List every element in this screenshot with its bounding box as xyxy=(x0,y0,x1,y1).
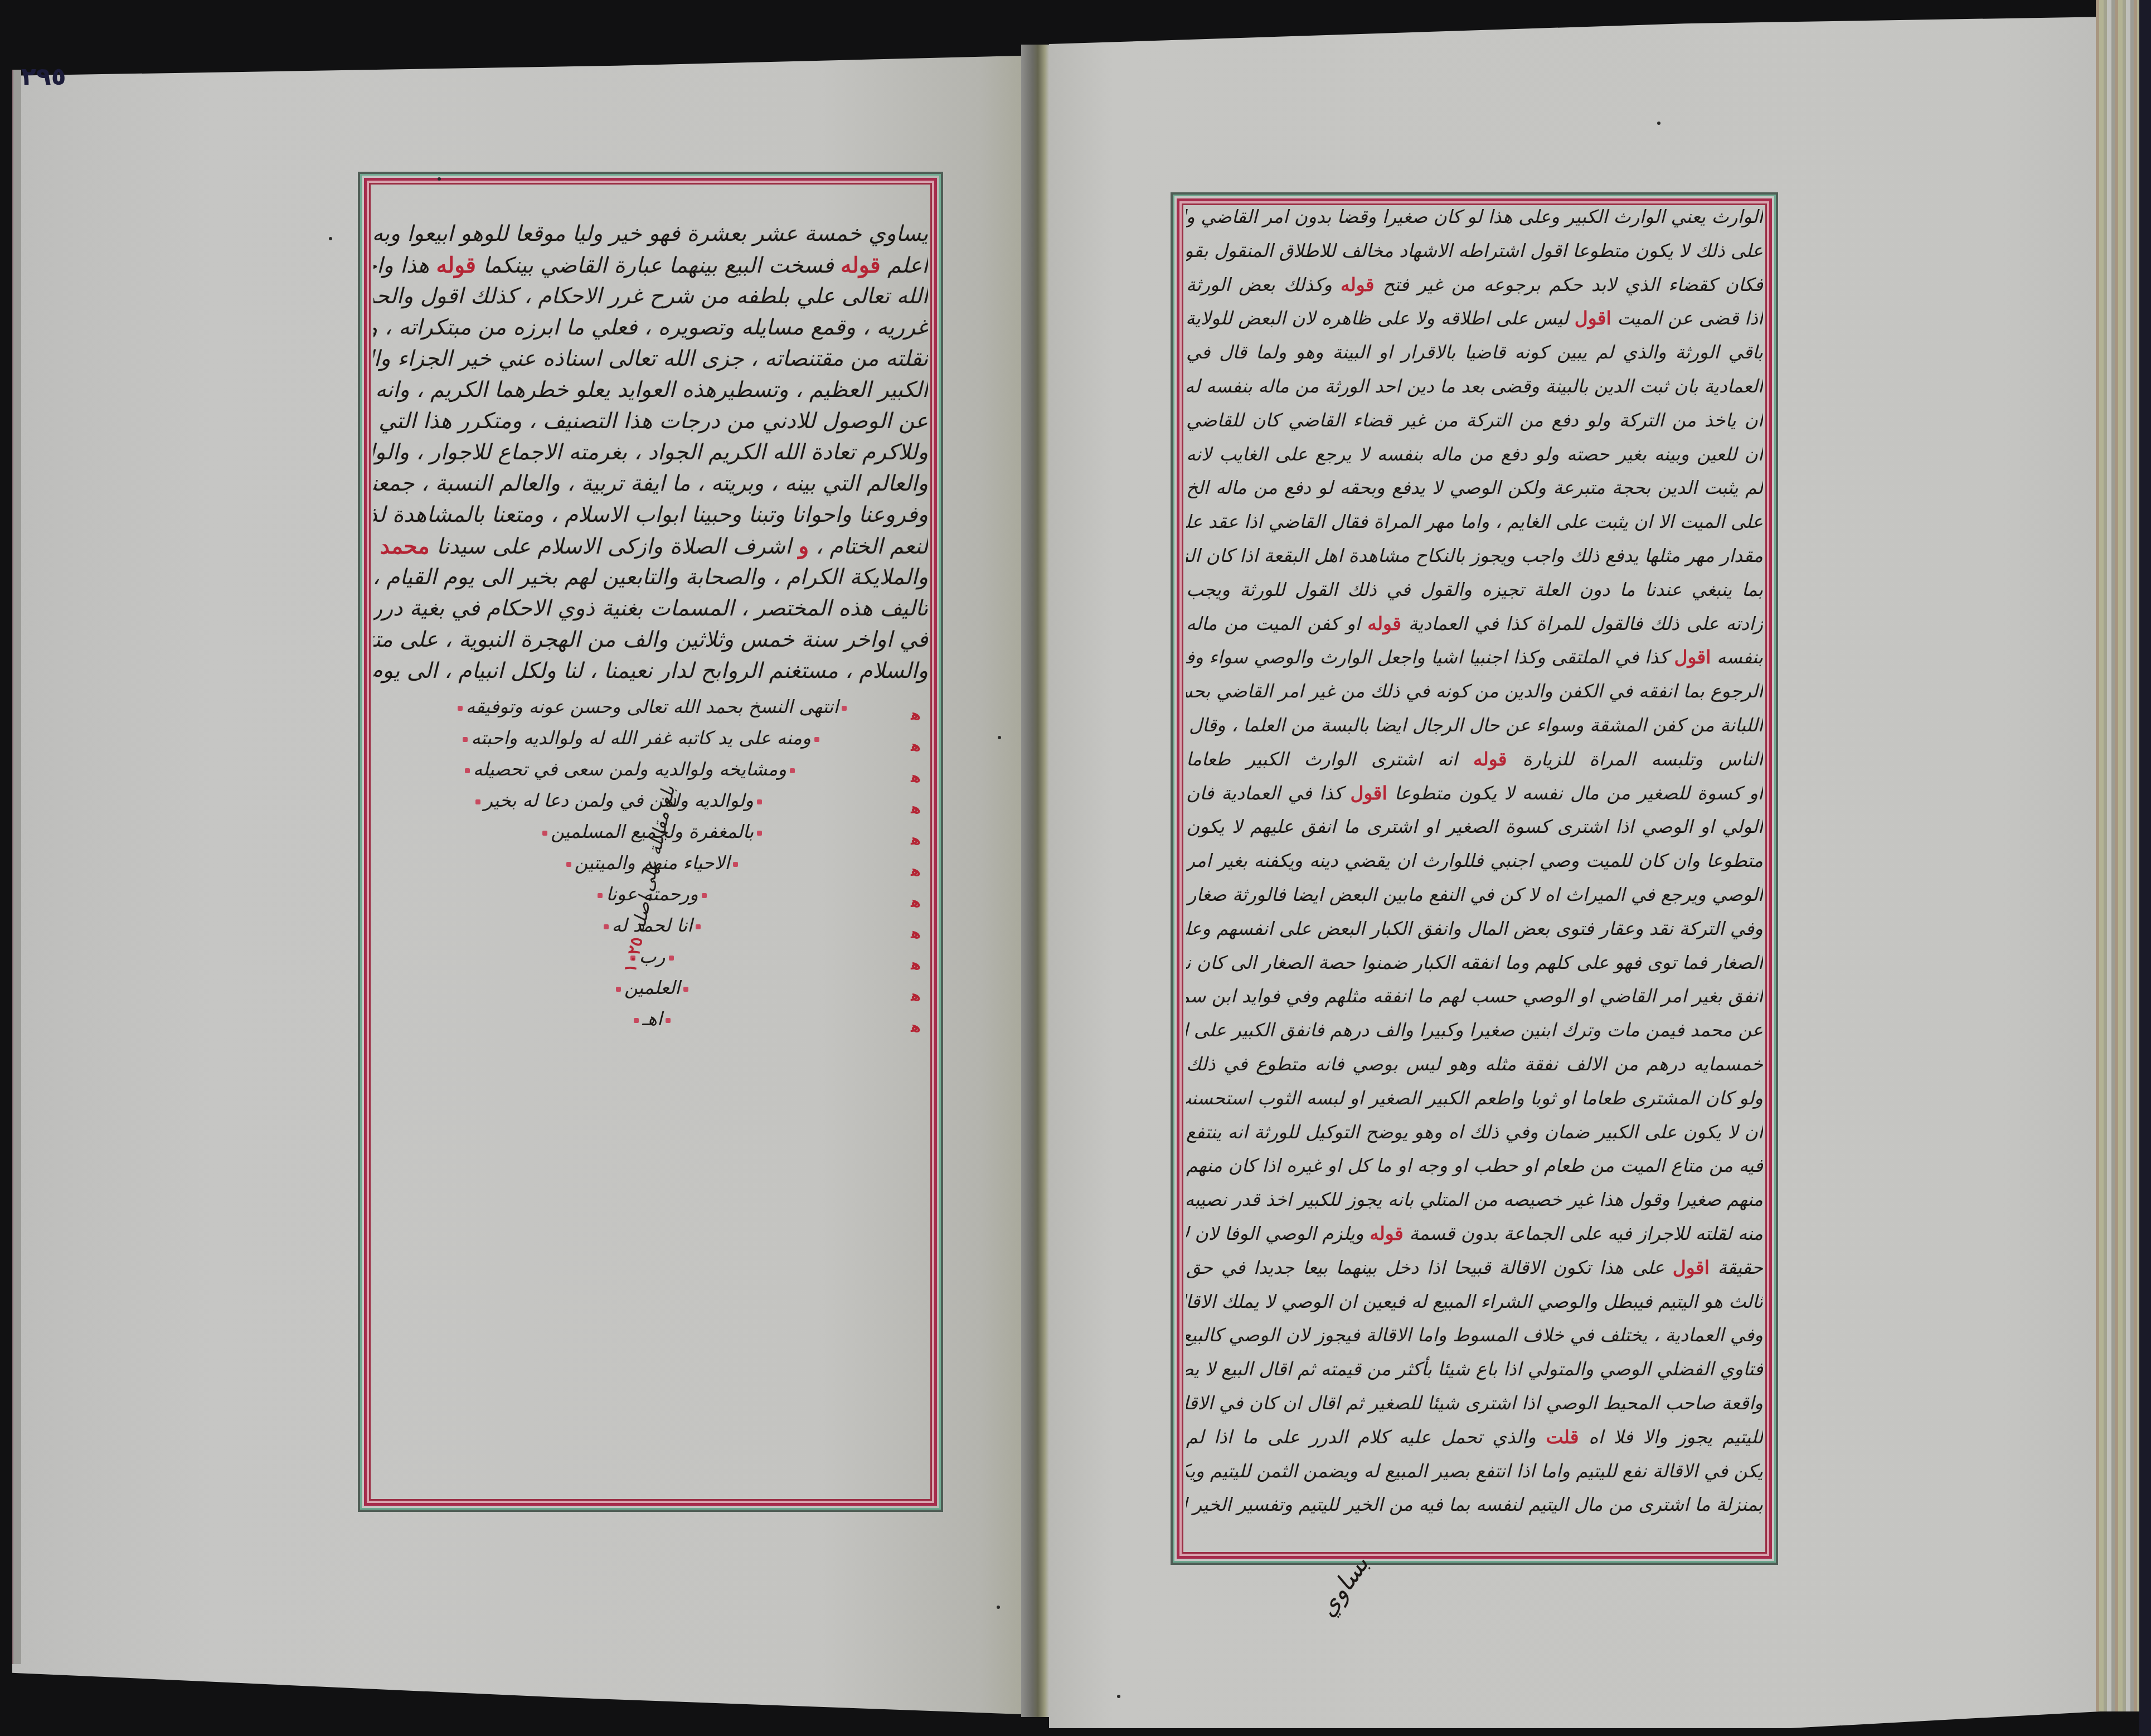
line-text: الوارث يعني الوارث الكبير وعلى هذا لو كا… xyxy=(1186,206,1763,227)
line-text: واقعة صاحب المحيط الوصي اذا اشترى شيئا ل… xyxy=(1186,1392,1763,1414)
line-text: ان للعين وبينه بغير حصته ولو دفع من ماله… xyxy=(1186,443,1763,465)
rubric-word: قوله xyxy=(436,253,476,278)
colophon-text: انتهى النسخ بحمد الله تعالى وحسن عونه وت… xyxy=(466,696,839,717)
ink-speck xyxy=(998,736,1001,739)
line-text: ليس على اطلاقه ولا على ظاهره لان البعض ل… xyxy=(1186,307,1569,329)
colophon-line: انتهى النسخ بحمد الله تعالى وحسن عونه وت… xyxy=(424,691,881,722)
rubric-word: قوله xyxy=(841,253,881,278)
line-text: عن محمد فيمن مات وترك ابنين صغيرا وكبيرا… xyxy=(1186,1019,1763,1041)
ink-speck xyxy=(329,237,332,240)
line-text: متطوعا وان كان للميت وصي اجنبي فللوارث ا… xyxy=(1186,850,1763,871)
rubric-word: قوله xyxy=(1341,274,1375,295)
line-text: او كسوة للصغير من مال نفسه لا يكون متطوع… xyxy=(1395,782,1763,804)
rubric-dot xyxy=(634,1018,639,1023)
rubric-word: قوله xyxy=(1473,748,1507,770)
text-line: منهم صغيرا وقول هذا غير خصيصه من المتلي … xyxy=(1186,1184,1763,1215)
line-text: غرريه ، وقمع مسايله وتصويره ، فعلي ما اب… xyxy=(373,315,928,340)
text-line: الولي او الوصي اذا اشترى كسوة الصغير او … xyxy=(1186,811,1763,842)
line-text: فسخت البيع بينهما عبارة القاضي بينكما xyxy=(483,253,833,278)
text-line: متطوعا وان كان للميت وصي اجنبي فللوارث ا… xyxy=(1186,845,1763,876)
margin-mark: ﻫ xyxy=(907,825,924,856)
line-text: هذا واخر ما اسن xyxy=(373,253,429,278)
text-line: على ذلك لا يكون متطوعا اقول اشتراطه الاش… xyxy=(1186,235,1763,266)
text-line: خمسمايه درهم من الالف نفقة مثله وهو ليس … xyxy=(1186,1048,1763,1080)
margin-marks: ﻫﻫﻫﻫﻫﻫﻫﻫﻫﻫﻫ xyxy=(907,700,924,1043)
line-text: على الميت الا ان يثبت على الغايم ، واما … xyxy=(1186,511,1763,532)
rubric-dot xyxy=(465,768,470,773)
text-line: حقيقة اقول على هذا تكون الاقالة قبيحا اذ… xyxy=(1186,1252,1763,1283)
line-text: لنعم الختام ، xyxy=(816,534,929,559)
rubric-dot xyxy=(757,799,762,804)
rubric-dot xyxy=(458,706,463,711)
line-text: ان لا يكون على الكبير ضمان وفي ذلك اه وه… xyxy=(1186,1121,1763,1143)
text-line: او كسوة للصغير من مال نفسه لا يكون متطوع… xyxy=(1186,777,1763,809)
rubric-word: قوله xyxy=(1367,613,1401,634)
rubric-word: قلت xyxy=(1546,1426,1579,1448)
colophon-line: ومشايخه ولوالديه ولمن سعى في تحصيله xyxy=(424,754,881,785)
text-line: فكان كقضاء الذي لابد حكم برجوعه من غير ف… xyxy=(1186,269,1763,300)
line-text: الصغار فما توى فهو على كلهم وما انفقه ال… xyxy=(1186,952,1763,973)
line-text: تاليف هذه المختصر ، المسمات بغنية ذوي ال… xyxy=(373,596,928,621)
text-line: فتاوي الفضلي الوصي والمتولي اذا باع شيئا… xyxy=(1186,1353,1763,1385)
line-text: الكبير العظيم ، وتسطيرهذه العوايد يعلو خ… xyxy=(373,377,928,403)
text-line: ثالث هو اليتيم فيبطل والوصي الشراء المبي… xyxy=(1186,1286,1763,1317)
line-text: بمنزلة ما اشترى من مال اليتيم لنفسه بما … xyxy=(1186,1493,1763,1515)
line-text: في اواخر سنة خمس وثلاثين والف من الهجرة … xyxy=(373,627,928,652)
rubric-dot xyxy=(463,737,468,742)
rubric-dot xyxy=(790,768,795,773)
text-line: عن محمد فيمن مات وترك ابنين صغيرا وكبيرا… xyxy=(1186,1014,1763,1046)
line-text: وفي العمادية ، يختلف في خلاف المسوط واما… xyxy=(1186,1324,1763,1346)
line-text: الولي او الوصي اذا اشترى كسوة الصغير او … xyxy=(1186,816,1763,837)
colophon-line: اهـ xyxy=(424,1003,881,1035)
line-text: وفي التركة نقد وعقار فتوى بعض المال وانف… xyxy=(1186,918,1763,939)
line-text: فكان كقضاء الذي لابد حكم برجوعه من غير ف… xyxy=(1383,274,1763,295)
rubric-dot xyxy=(598,893,603,898)
rubric-dot xyxy=(683,987,688,992)
margin-mark: ﻫ xyxy=(907,731,924,762)
rubric-word: محمد xyxy=(380,534,430,559)
line-text: ان ياخذ من التركة ولو دفع من التركة من غ… xyxy=(1186,409,1763,431)
text-line: ولو كان المشترى طعاما او ثوبا واطعم الكب… xyxy=(1186,1082,1763,1114)
line-text: اشرف الصلاة وازكى الاسلام على سيدنا xyxy=(436,534,792,559)
line-text: ثالث هو اليتيم فيبطل والوصي الشراء المبي… xyxy=(1186,1291,1763,1312)
text-line: والسلام ، مستغنم الروابح لدار نعيمنا ، ل… xyxy=(373,652,928,691)
text-line: بمنزلة ما اشترى من مال اليتيم لنفسه بما … xyxy=(1186,1488,1763,1520)
line-text: وكذلك بعض الورثة xyxy=(1186,274,1332,295)
rubric-dot xyxy=(566,862,571,867)
line-text: كذا في العمادية فان xyxy=(1186,782,1343,804)
text-line: لم يثبت الدين بحجة متبرعة ولكن الوصي لا … xyxy=(1186,472,1763,503)
rubric-dot xyxy=(604,924,609,929)
rubric-dot xyxy=(757,831,762,836)
rubric-dot xyxy=(696,924,701,929)
rubric-word: قوله xyxy=(1370,1223,1404,1244)
line-text: فيه من متاع الميت من طعام او حطب او وجه … xyxy=(1186,1155,1763,1176)
line-text: زادته على ذلك فالقول للمراة كذا في العما… xyxy=(1409,613,1763,634)
line-text: او كفن الميت من ماله xyxy=(1186,613,1361,634)
rubric-word: اقول xyxy=(1673,1257,1710,1278)
text-line: الصغار فما توى فهو على كلهم وما انفقه ال… xyxy=(1186,947,1763,978)
line-text: الوصي ويرجع في الميراث اه لا كن في النفع… xyxy=(1186,884,1763,905)
text-line: بما ينبغي عندنا ما دون العلة تجيزه والقو… xyxy=(1186,574,1763,605)
line-text: والسلام ، مستغنم الروابح لدار نعيمنا ، ل… xyxy=(373,658,928,683)
rubric-dot xyxy=(842,706,847,711)
colophon-text: العلمين xyxy=(624,977,680,998)
rubric-dot xyxy=(475,799,480,804)
text-line: فيه من متاع الميت من طعام او حطب او وجه … xyxy=(1186,1150,1763,1181)
rubric-dot xyxy=(702,893,707,898)
margin-mark: ﻫ xyxy=(907,1012,924,1043)
text-line: يكن في الاقالة نفع لليتيم واما اذا انتفع… xyxy=(1186,1455,1763,1487)
line-text: والملايكة الكرام ، والصحابة والتابعين له… xyxy=(373,565,928,590)
line-text: باقي الورثة والذي لم يبين كونه قاضيا بال… xyxy=(1186,341,1763,363)
text-line: بنفسه اقول كذا في الملتقى وكذا اجنبيا اش… xyxy=(1186,641,1763,673)
margin-mark: ﻫ xyxy=(907,793,924,825)
ink-speck xyxy=(1117,1695,1120,1698)
margin-mark: ﻫ xyxy=(907,949,924,981)
margin-mark: ﻫ xyxy=(907,887,924,918)
text-line: الوصي ويرجع في الميراث اه لا كن في النفع… xyxy=(1186,879,1763,910)
line-text: الرجوع بما انفقه في الكفن والدين من كونه… xyxy=(1186,680,1763,702)
line-text: وللاكرم تعادة الله الكريم الجواد ، بغرمت… xyxy=(373,440,928,465)
margin-mark: ﻫ xyxy=(907,700,924,731)
page-stack-edge xyxy=(2096,0,2140,1711)
colophon-line: رب xyxy=(424,941,881,972)
line-text: خمسمايه درهم من الالف نفقة مثله وهو ليس … xyxy=(1186,1053,1763,1075)
ink-speck xyxy=(997,1606,1000,1609)
line-text: يساوي خمسة عشر بعشرة فهو خير وليا موقعا … xyxy=(373,221,928,246)
line-text: اللبانة من كفن المشقة وسواء عن حال الرجا… xyxy=(1186,714,1763,736)
line-text: والذي تحمل عليه كلام الدرر على ما اذا لم xyxy=(1186,1426,1536,1448)
text-line: لليتيم يجوز والا فلا اه قلت والذي تحمل ع… xyxy=(1186,1421,1763,1453)
book-gutter xyxy=(1021,45,1049,1717)
text-line: مقدار مهر مثلها يدفع ذلك واجب ويجوز بالن… xyxy=(1186,540,1763,571)
colophon-text: ومنه على يد كاتبه غفر الله له ولوالديه و… xyxy=(471,727,811,749)
margin-mark: ﻫ xyxy=(907,856,924,887)
text-line: الوارث يعني الوارث الكبير وعلى هذا لو كا… xyxy=(1186,201,1763,232)
text-line: ان لا يكون على الكبير ضمان وفي ذلك اه وه… xyxy=(1186,1116,1763,1148)
line-text: فتاوي الفضلي الوصي والمتولي اذا باع شيئا… xyxy=(1186,1358,1763,1380)
line-text: بنفسه xyxy=(1717,646,1763,668)
left-main-text: يساوي خمسة عشر بعشرة فهو خير وليا موقعا … xyxy=(373,215,928,683)
margin-mark: ﻫ xyxy=(907,918,924,949)
text-line: باقي الورثة والذي لم يبين كونه قاضيا بال… xyxy=(1186,336,1763,368)
line-text: مقدار مهر مثلها يدفع ذلك واجب ويجوز بالن… xyxy=(1186,545,1763,566)
ink-speck xyxy=(1657,122,1660,125)
rubric-dot xyxy=(666,1018,671,1023)
text-line: وفي التركة نقد وعقار فتوى بعض المال وانف… xyxy=(1186,913,1763,944)
colophon-text: ومشايخه ولوالديه ولمن سعى في تحصيله xyxy=(473,758,786,780)
text-line: العمادية بان ثبت الدين بالبينة وقضى بعد … xyxy=(1186,370,1763,402)
rubric-dot xyxy=(616,987,621,992)
line-text: على ذلك لا يكون متطوعا اقول اشتراطه الاش… xyxy=(1186,240,1763,261)
colophon-text: ولوالديه ولمن في ولمن دعا له بخير xyxy=(484,789,754,811)
colophon-text: اهـ xyxy=(642,1008,662,1030)
rubric-dot xyxy=(814,737,819,742)
line-text: وفروعنا واحوانا وتبنا وحبينا ابواب الاسل… xyxy=(373,502,928,527)
text-line: ان للعين وبينه بغير حصته ولو دفع من ماله… xyxy=(1186,438,1763,470)
text-line: اذا قضى عن الميت اقول ليس على اطلاقه ولا… xyxy=(1186,302,1763,334)
colophon-text: انا لحمد له xyxy=(612,914,693,936)
text-line: ان ياخذ من التركة ولو دفع من التركة من غ… xyxy=(1186,404,1763,436)
line-text: انه اشترى الوارث الكبير طعاما xyxy=(1186,748,1458,770)
line-text: العمادية بان ثبت الدين بالبينة وقضى بعد … xyxy=(1186,375,1763,397)
line-text: عن الوصول للادني من درجات هذا التصنيف ، … xyxy=(373,409,928,434)
line-text: اعلم xyxy=(887,253,928,278)
text-line: منه لقلته للاجراز فيه على الجماعة بدون ق… xyxy=(1186,1218,1763,1249)
line-text: الناس وتلبسه المراة للزيارة xyxy=(1523,748,1763,770)
rubric-dot xyxy=(669,956,674,961)
rubric-word: و xyxy=(798,534,809,559)
line-text: والعالم التي بينه ، وبريته ، ما ايفة ترب… xyxy=(373,471,928,496)
text-line: واقعة صاحب المحيط الوصي اذا اشترى شيئا ل… xyxy=(1186,1387,1763,1419)
colophon-line: ومنه على يد كاتبه غفر الله له ولوالديه و… xyxy=(424,722,881,754)
text-line: اللبانة من كفن المشقة وسواء عن حال الرجا… xyxy=(1186,709,1763,741)
line-text: نقلته من مقتنصاته ، جزى الله تعالى اسناذ… xyxy=(373,346,928,371)
ink-speck xyxy=(438,177,441,181)
line-text: انفق بغير امر القاضي او الوصي حسب لهم ما… xyxy=(1186,985,1763,1007)
line-text: على هذا تكون الاقالة قبيحا اذا دخل بينهم… xyxy=(1186,1257,1664,1278)
text-line: انفق بغير امر القاضي او الوصي حسب لهم ما… xyxy=(1186,980,1763,1012)
line-text: حقيقة xyxy=(1718,1257,1763,1278)
right-main-text: الوارث يعني الوارث الكبير وعلى هذا لو كا… xyxy=(1186,201,1763,1522)
text-line: زادته على ذلك فالقول للمراة كذا في العما… xyxy=(1186,608,1763,639)
text-line: على الميت الا ان يثبت على الغايم ، واما … xyxy=(1186,506,1763,537)
text-line: الناس وتلبسه المراة للزيارة قوله انه اشت… xyxy=(1186,743,1763,775)
folio-number: ٢٩٥ xyxy=(21,62,66,91)
line-text: بما ينبغي عندنا ما دون العلة تجيزه والقو… xyxy=(1186,579,1763,600)
margin-mark: ﻫ xyxy=(907,981,924,1012)
line-text: ولو كان المشترى طعاما او ثوبا واطعم الكب… xyxy=(1186,1087,1763,1109)
rubric-word: اقول xyxy=(1575,307,1611,329)
line-text: لليتيم يجوز والا فلا اه xyxy=(1589,1426,1763,1448)
line-text: الله تعالى علي بلطفه من شرح غرر الاحكام … xyxy=(373,284,928,309)
line-text: كذا في الملتقى وكذا اجنبيا اشيا واجعل ال… xyxy=(1186,646,1668,668)
rubric-dot xyxy=(542,831,547,836)
line-text: يكن في الاقالة نفع لليتيم واما اذا انتفع… xyxy=(1186,1460,1763,1482)
line-text: منه لقلته للاجراز فيه على الجماعة بدون ق… xyxy=(1409,1223,1763,1244)
line-text: لم يثبت الدين بحجة متبرعة ولكن الوصي لا … xyxy=(1186,477,1763,498)
margin-mark: ﻫ xyxy=(907,762,924,793)
rubric-dot xyxy=(733,862,738,867)
line-text: ويلزم الوصي الوفا لان لا xyxy=(1186,1223,1364,1244)
text-line: الرجوع بما انفقه في الكفن والدين من كونه… xyxy=(1186,675,1763,707)
line-text: منهم صغيرا وقول هذا غير خصيصه من المتلي … xyxy=(1186,1189,1763,1210)
text-line: وفي العمادية ، يختلف في خلاف المسوط واما… xyxy=(1186,1319,1763,1351)
rubric-word: اقول xyxy=(1351,782,1387,804)
left-page-edge xyxy=(12,70,21,1664)
line-text: اذا قضى عن الميت xyxy=(1617,307,1763,329)
page-stack-shadow xyxy=(2139,0,2151,1736)
rubric-word: اقول xyxy=(1674,646,1711,668)
colophon-line: العلمين xyxy=(424,972,881,1003)
